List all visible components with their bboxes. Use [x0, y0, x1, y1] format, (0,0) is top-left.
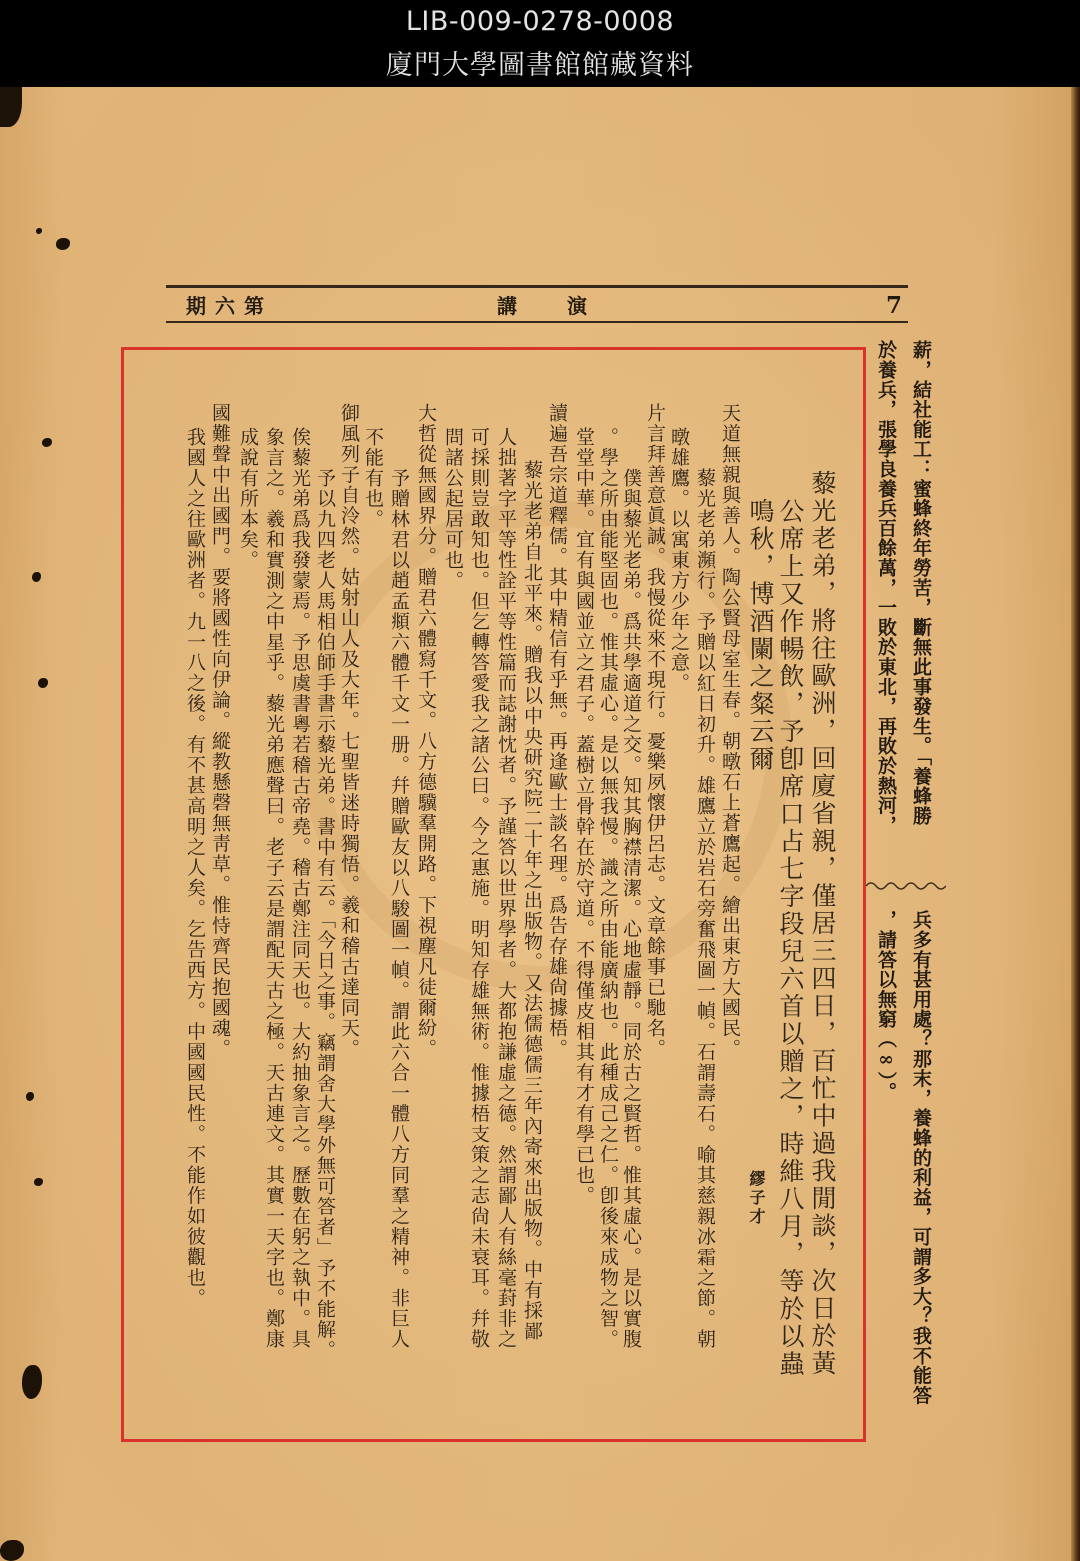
article-column: 讀遍吾宗道釋儒。其中精信有乎無。再逢歐士談名理。爲告存雄尙據梧。 — [544, 403, 566, 1059]
article-column: 可採則豈敢知也。但乞轉答愛我之諸公曰。今之惠施。明知存雄無術。惟據梧支策之志尙未… — [466, 427, 488, 1350]
section-title-char: 演 — [567, 296, 587, 316]
article-column: 天道無親與善人。陶公賢母室生春。朝暾石上蒼鷹起。繪出東方大國民。 — [717, 403, 739, 1059]
article-column: 予以九四老人馬相伯師手書示藜光弟。書中有云。「今日之事。竊謂舍大學外無可答者」予… — [312, 468, 334, 1361]
article-title-line: 鳴秋，博酒闌之粲云爾 — [743, 498, 773, 773]
article-column: 人拙著字平等性詮平等性篇而誌謝忱者。予謹答以世界學者。大都抱謙虛之德。然謂鄙人有… — [493, 427, 515, 1350]
issue-label: 期六第 — [186, 296, 273, 316]
article-column: 藜光老弟自北平來。贈我以中央研究院二十年之出版物。又法儒德儒三年內寄來出版物。中… — [519, 460, 541, 1342]
article-column: 片言拜善意眞誠。我慢從來不現行。憂樂夙懷伊呂志。文章餘事已馳名。 — [642, 403, 664, 1059]
archive-collection-label: 廈門大學圖書館館藏資料 — [0, 52, 1080, 79]
article-column: 暾雄鷹。以寓東方少年之意。 — [666, 427, 688, 694]
article-column: 御風列子自泠然。姑射山人及大年。七聖皆迷時獨悟。羲和稽古達同天。 — [336, 403, 358, 1059]
article-column: 不能有也。 — [360, 427, 382, 530]
article-column: 國難聲中出國門。要將國性向伊論。縱教懸磬無靑草。惟恃齊民抱國魂。 — [207, 403, 229, 1059]
wavy-divider — [866, 880, 946, 892]
article-column: 藜光老弟瀕行。予贈以紅日初升。雄鷹立於岩石旁奮飛圖一幀。石謂壽石。喻其慈親冰霜之… — [692, 468, 714, 1350]
side-column-text: ，請答以無窮（∞）。 — [873, 910, 895, 1102]
article-column: 問諸公起居可也。 — [440, 427, 462, 591]
section-title-char: 講 — [497, 296, 517, 316]
article-column: 象言之。羲和實測之中星乎。藜光弟應聲曰。老子云是謂配天古之極。天古連文。其實一天… — [261, 427, 283, 1350]
header-rule-bottom — [166, 321, 908, 323]
page-edge — [1071, 87, 1080, 1561]
article-column: 我國人之往歐洲者。九一八之後。有不甚高明之人矣。乞告西方。中國國民性。不能作如彼… — [182, 427, 204, 1309]
archive-id: LIB-009-0278-0008 — [0, 8, 1080, 35]
side-column-text: 兵多有甚用處？那末，養蜂的利益，可謂多大？我不能答 — [908, 910, 930, 1405]
side-column-text: 薪，結社能工：蜜蜂終年勞苦，斷無此事發生。「養蜂勝 — [908, 340, 930, 826]
article-column: 俟藜光弟爲我發蒙焉。予思虞書粵若稽古帝堯。稽古鄭注同天也。大約抽象言之。歷數在躬… — [287, 427, 309, 1350]
article-title-line: 公席上又作暢飲，予卽席口占七字段兒六首以贈之，時維八月，等於以蟲 — [773, 498, 803, 1378]
article-column: 成說有所本矣。 — [235, 427, 257, 571]
side-column-text: 於養兵，張學良養兵百餘萬，一敗於東北，再敗於熱河， — [873, 340, 895, 835]
article-column: 堂堂中華。宜有與國並立之君子。蓋樹立骨幹在於守道。不得僅皮相其有才有學已也。 — [571, 427, 593, 1206]
header-rule-top — [166, 285, 908, 288]
archive-banner: LIB-009-0278-0008 廈門大學圖書館館藏資料 — [0, 0, 1080, 87]
article-title-line: 藜光老弟，將往歐洲，回廈省親，僅居三四日，百忙中過我閒談，次日於黃 — [805, 470, 835, 1378]
article-author: 繆子才 — [746, 1170, 764, 1227]
article-column: 予贈林君以趙孟頫六體千文一册。幷贈歐友以八駿圖一幀。謂此六合一體八方同羣之精神。… — [386, 468, 408, 1350]
article-column: 。學之所由能堅固也。惟其虛心。是以無我慢。識之所由能廣納也。此種成己之仁。卽後來… — [595, 427, 617, 1350]
article-column: 大哲從無國界分。贈君六體寫千文。八方德驥羣開路。下視塵凡徒爾紛。 — [413, 403, 435, 1059]
article-column: 僕與藜光老弟。爲共學適道之交。知其胸襟清潔。心地虛靜。同於古之賢哲。惟其虛心。是… — [618, 468, 640, 1350]
page-number: 7 — [886, 294, 902, 317]
